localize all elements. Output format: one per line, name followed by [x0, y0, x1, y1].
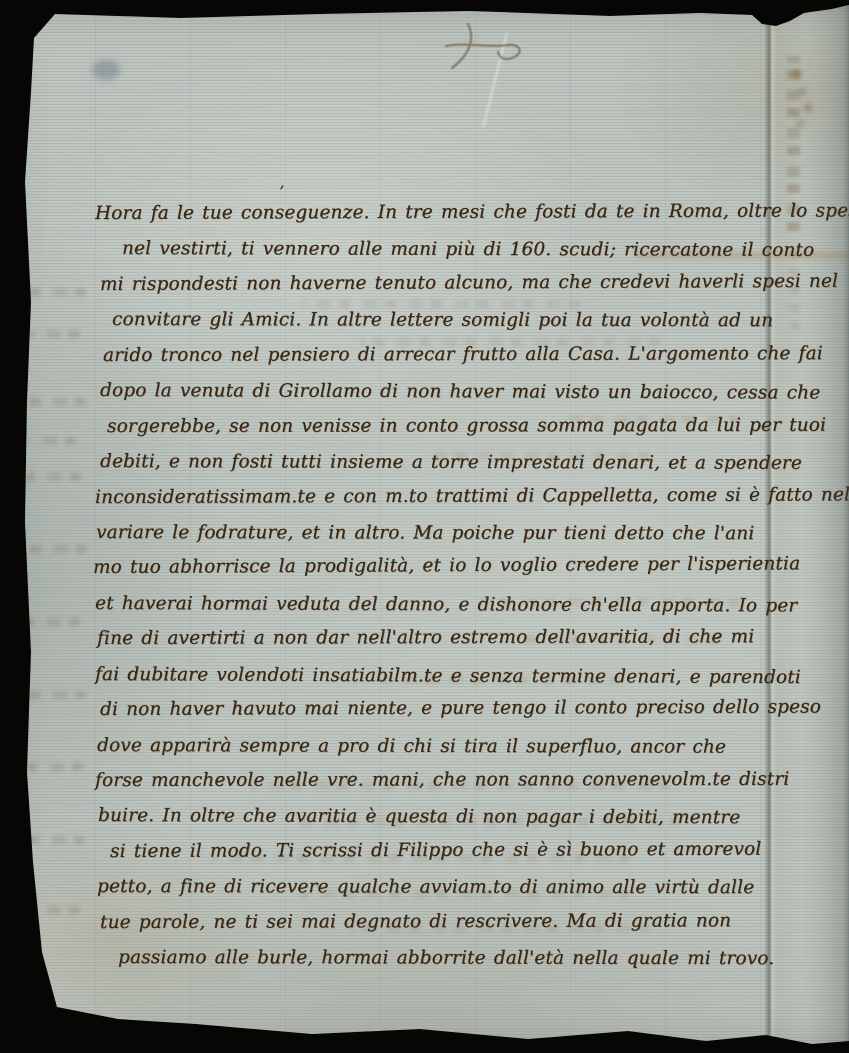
ghost-showthrough [24, 618, 80, 626]
manuscript-line: fai dubitare volendoti insatiabilm.te e … [95, 664, 849, 703]
manuscript-line: di non haver havuto mai niente, e pure t… [100, 697, 849, 735]
page-edge-strip [772, 0, 849, 1053]
ghost-showthrough [787, 56, 800, 231]
manuscript-line: variare le fodrature, et in altro. Ma po… [96, 522, 849, 559]
ghost-showthrough [430, 452, 650, 460]
ghost-showthrough [27, 836, 85, 844]
manuscript-text: Hora fa le tue conseguenze. In tre mesi … [0, 203, 849, 983]
manuscript-line: debiti, e non fosti tutti insieme a torr… [100, 451, 849, 488]
ghost-showthrough [560, 415, 740, 423]
ghost-showthrough [210, 854, 630, 862]
ghost-showthrough [250, 782, 670, 790]
manuscript-line: fine di avertirti a non dar nell'altro e… [97, 626, 849, 663]
rust-spot [793, 70, 801, 78]
manuscript-line: sorgerebbe, se non venisse in conto gros… [107, 414, 849, 451]
ink-smudge [92, 60, 120, 80]
rust-spot [799, 88, 806, 95]
rust-spot [797, 120, 804, 127]
manuscript-line: et haverai hormai veduta del danno, e di… [95, 593, 849, 631]
manuscript-line: arido tronco nel pensiero di arrecar fru… [103, 343, 849, 380]
manuscript-line: mo tuo abhorrisce la prodigalità, et io … [93, 553, 849, 592]
ghost-showthrough [28, 437, 76, 445]
manuscript-line: inconsideratissimam.te e con m.to tratti… [95, 484, 849, 522]
ghost-showthrough [380, 676, 620, 684]
ghost-showthrough [300, 300, 580, 308]
manuscript-line: dopo la venuta di Girollamo di non haver… [100, 380, 849, 418]
manuscript-line: nel vestirti, ti vennero alle mani più d… [122, 238, 849, 275]
paper-sheet: ’ Hora fa le tue consegue [0, 0, 849, 1053]
ghost-showthrough [350, 924, 650, 932]
ghost-showthrough [480, 598, 740, 606]
stray-ink-tick: ’ [279, 183, 284, 203]
ghost-showthrough [300, 890, 630, 898]
manuscript-line: si tiene il modo. Ti scrissi di Filippo … [110, 838, 849, 876]
rust-spot [804, 104, 812, 112]
horizontal-crease [636, 250, 849, 261]
ghost-showthrough [790, 242, 800, 330]
ghost-showthrough [30, 330, 80, 338]
manuscript-line: convitare gli Amici. In altre lettere so… [112, 309, 849, 346]
manuscript-line: mi rispondesti non haverne tenuto alcuno… [100, 271, 849, 310]
manuscript-line: Hora fa le tue conseguenze. In tre mesi … [95, 200, 849, 238]
manuscript-line: passiamo alle burle, hormai abborrite da… [118, 947, 849, 984]
ghost-showthrough [24, 398, 86, 406]
ghost-showthrough [26, 288, 86, 296]
manuscript-line: forse manchevole nelle vre. mani, che no… [95, 769, 849, 806]
fold-crease [764, 0, 776, 1053]
ghost-showthrough [360, 338, 660, 346]
ghost-showthrough [520, 636, 720, 644]
ghost-showthrough [23, 473, 81, 481]
ghost-showthrough [300, 818, 680, 826]
manuscript-line: tue parole, ne ti sei mai degnato di res… [100, 910, 849, 947]
manuscript-line: petto, a fine di ricevere qualche avviam… [97, 876, 849, 913]
ghost-showthrough [28, 691, 86, 699]
manuscript-line: buire. In oltre che avaritia è questa di… [98, 805, 849, 843]
ghost-showthrough [23, 763, 83, 771]
ink-mark [438, 16, 534, 80]
ghost-showthrough [30, 906, 80, 914]
ghost-showthrough [27, 545, 87, 553]
paper-crack [482, 33, 507, 127]
manuscript-line: dove apparirà sempre a pro di chi si tir… [97, 735, 849, 772]
letter-photo: ’ Hora fa le tue consegue [0, 0, 849, 1053]
